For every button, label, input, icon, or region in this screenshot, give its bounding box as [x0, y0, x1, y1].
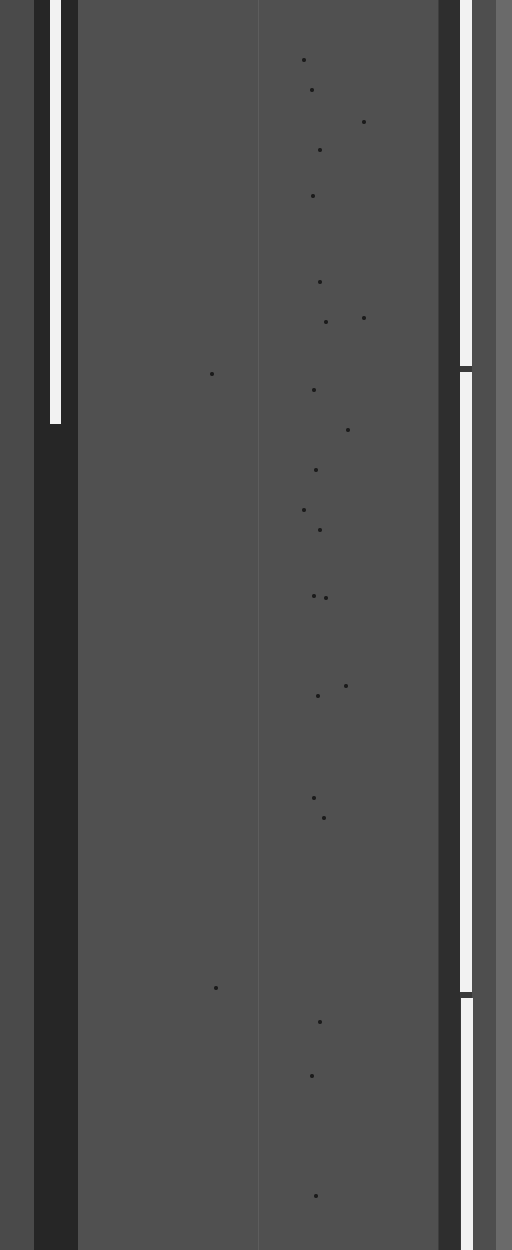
right-dash-1	[460, 0, 472, 366]
right-edge-texture	[496, 0, 512, 1250]
oil-spot	[311, 194, 315, 198]
oil-spot	[302, 508, 306, 512]
oil-spot	[316, 694, 320, 698]
right-dash-2	[460, 372, 472, 992]
oil-spot	[314, 468, 318, 472]
left-shoulder	[0, 0, 34, 1250]
oil-spot	[318, 148, 322, 152]
right-dark-strip	[438, 0, 460, 1250]
oil-spot	[346, 428, 350, 432]
left-solid-edge-line	[50, 0, 61, 424]
oil-spot	[344, 684, 348, 688]
oil-spot	[314, 1194, 318, 1198]
oil-spot	[324, 320, 328, 324]
oil-spot	[312, 388, 316, 392]
center-seam	[258, 0, 259, 1250]
oil-spot	[318, 1020, 322, 1024]
oil-spot	[318, 528, 322, 532]
oil-spot	[310, 88, 314, 92]
road-scene	[0, 0, 512, 1250]
oil-spot	[210, 372, 214, 376]
oil-spot	[318, 280, 322, 284]
right-seam	[438, 0, 439, 1250]
oil-spot	[312, 796, 316, 800]
oil-spot	[362, 316, 366, 320]
oil-spot	[302, 58, 306, 62]
oil-spot	[362, 120, 366, 124]
oil-spot	[324, 596, 328, 600]
right-dash-3	[461, 998, 473, 1250]
oil-spot	[312, 594, 316, 598]
oil-spot	[214, 986, 218, 990]
oil-spot	[310, 1074, 314, 1078]
oil-spot	[322, 816, 326, 820]
